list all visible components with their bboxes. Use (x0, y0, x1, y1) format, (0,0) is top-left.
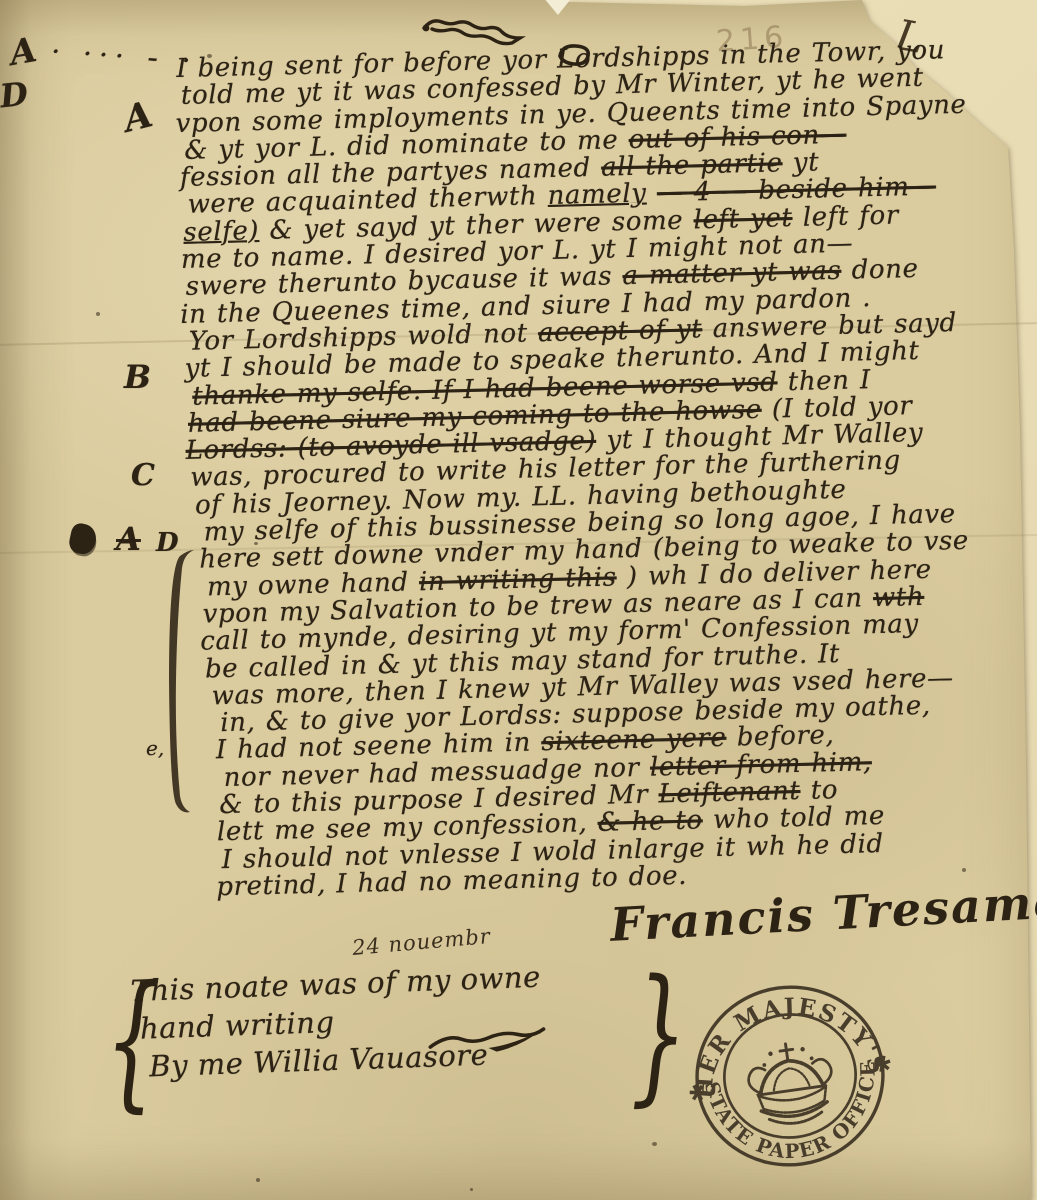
stamp-star-right: ✱ (871, 1050, 894, 1079)
margin-letter-a-struck: A (116, 520, 141, 558)
ink-speck (962, 868, 966, 872)
margin-letter-c: C (131, 458, 155, 493)
ink-speck (256, 1178, 260, 1182)
ink-speck (652, 1142, 657, 1146)
manuscript-segment: to (800, 775, 838, 806)
margin-letter-b: B (124, 358, 151, 396)
pen-squiggle-icon (420, 8, 530, 48)
ink-speck (470, 1188, 473, 1191)
flourish-icon (427, 1019, 549, 1059)
manuscript-segment: yt (782, 148, 819, 179)
ink-speck (207, 54, 212, 58)
manuscript-lines: I being sent for before yor Lordshipps i… (176, 35, 1037, 902)
state-paper-office-stamp: HER MAJESTY'S STATE PAPER OFFICE ✱ ✱ (662, 948, 918, 1200)
scanned-page: L 216 A · ··· – · D A B C A D e, I being… (0, 0, 1037, 1200)
ink-speck (254, 542, 258, 545)
crown-icon (744, 1038, 838, 1129)
ink-speck (96, 312, 100, 316)
margin-letter-d-top: D (0, 75, 30, 116)
manuscript-segment: done (841, 254, 919, 286)
